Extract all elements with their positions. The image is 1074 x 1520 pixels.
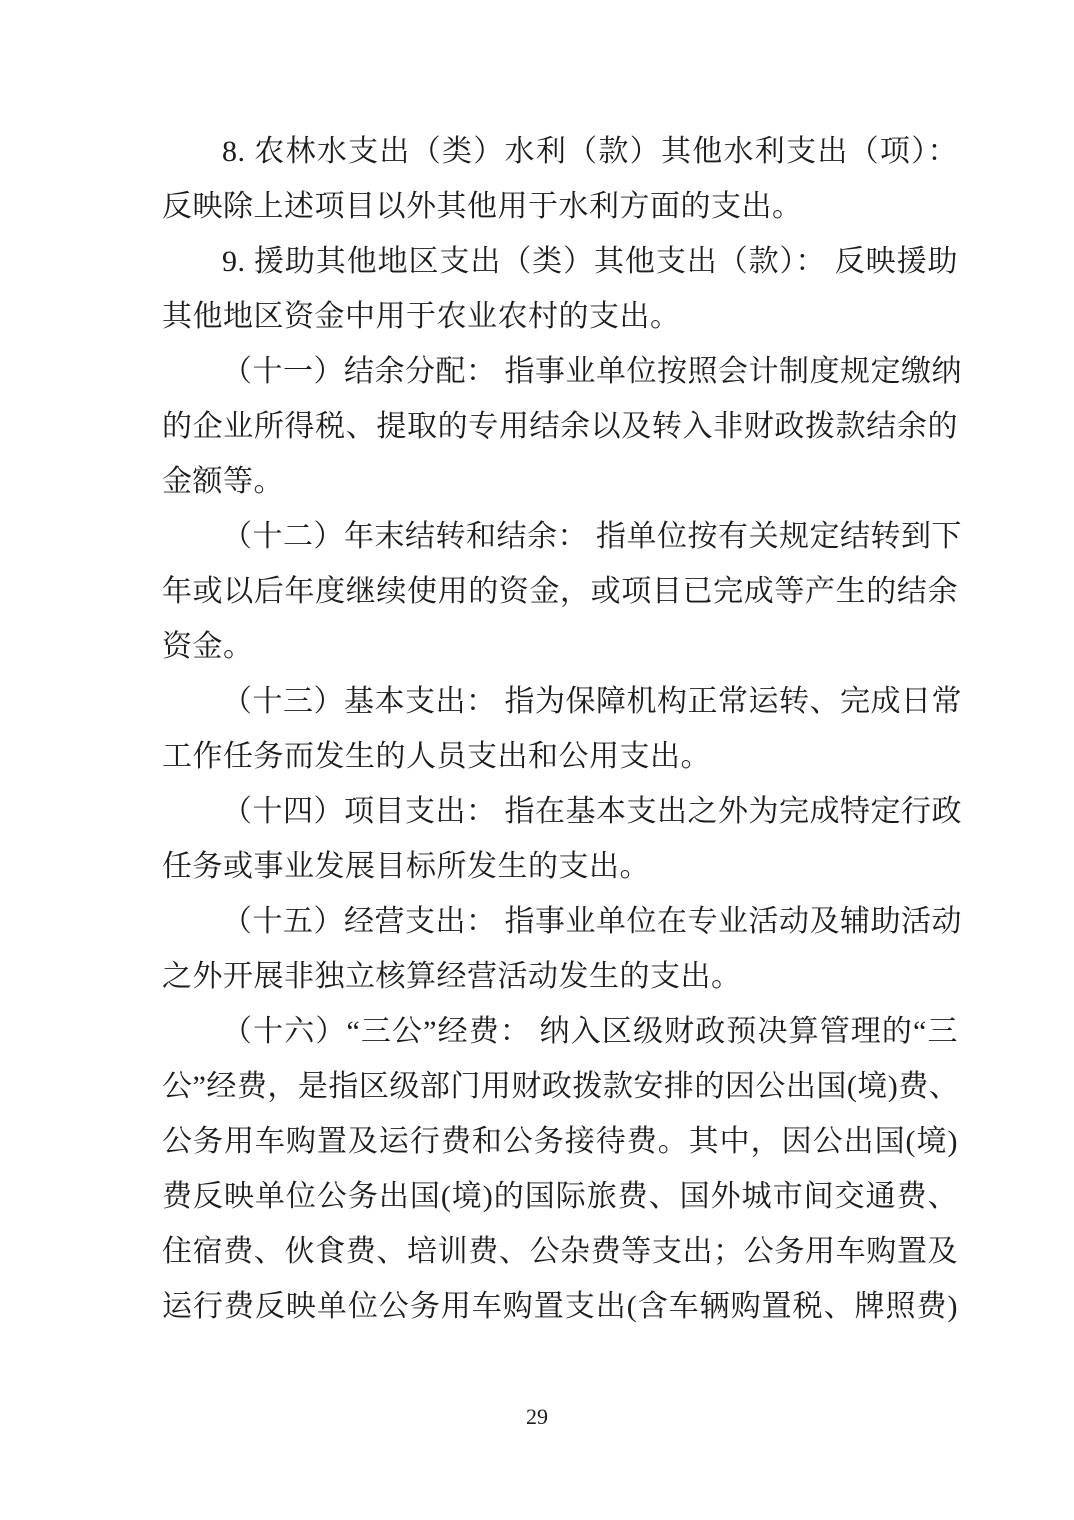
paragraph-item-13: （十三）基本支出： 指为保障机构正常运转、完成日常 工作任务而发生的人员支出和公… <box>162 674 958 784</box>
text-line: （十六）“三公”经费： 纳入区级财政预决算管理的“三 <box>162 1004 958 1059</box>
text-line: 的企业所得税、提取的专用结余以及转入非财政拨款结余的 <box>162 399 958 454</box>
paragraph-item-14: （十四）项目支出： 指在基本支出之外为完成特定行政 任务或事业发展目标所发生的支… <box>162 784 958 894</box>
paragraph-item-11: （十一）结余分配： 指事业单位按照会计制度规定缴纳 的企业所得税、提取的专用结余… <box>162 344 958 509</box>
paragraph-item-9: 9. 援助其他地区支出（类）其他支出（款）： 反映援助 其他地区资金中用于农业农… <box>162 234 958 344</box>
text-line: 住宿费、伙食费、培训费、公杂费等支出；公务用车购置及 <box>162 1224 958 1279</box>
text-line: 任务或事业发展目标所发生的支出。 <box>162 839 958 894</box>
text-line: 8. 农林水支出（类）水利（款）其他水利支出（项）： <box>162 124 958 179</box>
text-line: （十一）结余分配： 指事业单位按照会计制度规定缴纳 <box>162 344 958 399</box>
paragraph-item-8: 8. 农林水支出（类）水利（款）其他水利支出（项）： 反映除上述项目以外其他用于… <box>162 124 958 234</box>
paragraph-item-15: （十五）经营支出： 指事业单位在专业活动及辅助活动 之外开展非独立核算经营活动发… <box>162 894 958 1004</box>
text-line: 反映除上述项目以外其他用于水利方面的支出。 <box>162 179 958 234</box>
text-line: 运行费反映单位公务用车购置支出(含车辆购置税、牌照费) <box>162 1279 958 1334</box>
text-line: 之外开展非独立核算经营活动发生的支出。 <box>162 949 958 1004</box>
text-line: 费反映单位公务出国(境)的国际旅费、国外城市间交通费、 <box>162 1169 958 1224</box>
text-line: 9. 援助其他地区支出（类）其他支出（款）： 反映援助 <box>162 234 958 289</box>
text-line: 金额等。 <box>162 454 958 509</box>
text-line: 公务用车购置及运行费和公务接待费。其中，因公出国(境) <box>162 1114 958 1169</box>
text-line: （十二）年末结转和结余： 指单位按有关规定结转到下 <box>162 509 958 564</box>
text-line: 工作任务而发生的人员支出和公用支出。 <box>162 729 958 784</box>
text-line: （十三）基本支出： 指为保障机构正常运转、完成日常 <box>162 674 958 729</box>
text-line: （十五）经营支出： 指事业单位在专业活动及辅助活动 <box>162 894 958 949</box>
text-line: 公”经费，是指区级部门用财政拨款安排的因公出国(境)费、 <box>162 1059 958 1114</box>
text-line: 年或以后年度继续使用的资金，或项目已完成等产生的结余 <box>162 564 958 619</box>
text-line: （十四）项目支出： 指在基本支出之外为完成特定行政 <box>162 784 958 839</box>
document-page: 8. 农林水支出（类）水利（款）其他水利支出（项）： 反映除上述项目以外其他用于… <box>0 0 1074 1520</box>
text-line: 资金。 <box>162 619 958 674</box>
paragraph-item-12: （十二）年末结转和结余： 指单位按有关规定结转到下 年或以后年度继续使用的资金，… <box>162 509 958 674</box>
paragraph-item-16: （十六）“三公”经费： 纳入区级财政预决算管理的“三 公”经费，是指区级部门用财… <box>162 1004 958 1334</box>
document-body: 8. 农林水支出（类）水利（款）其他水利支出（项）： 反映除上述项目以外其他用于… <box>162 124 958 1334</box>
text-line: 其他地区资金中用于农业农村的支出。 <box>162 289 958 344</box>
page-number: 29 <box>0 1402 1074 1432</box>
